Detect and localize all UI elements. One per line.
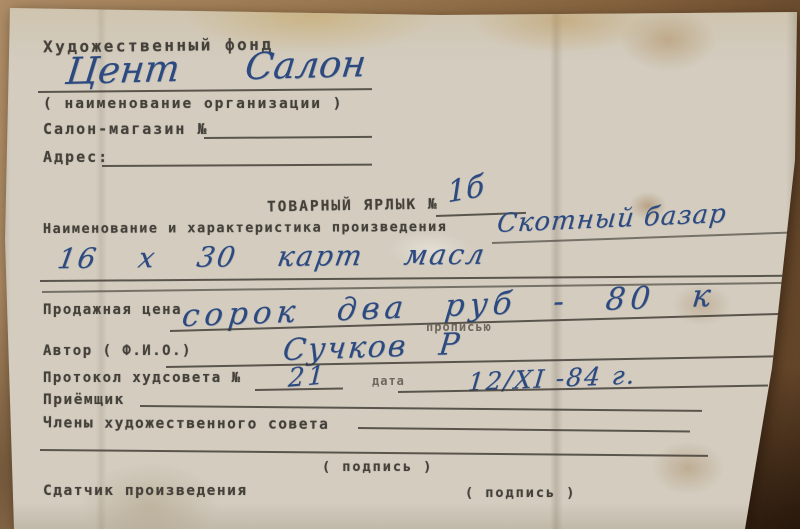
price-label: Продажная цена — [43, 302, 182, 318]
item-label: Наименование и характеристика произведен… — [43, 219, 447, 237]
item-title-handwritten: Скотный базар — [496, 199, 728, 239]
council-label: Члены художественного совета — [43, 415, 330, 432]
blank-line-salon — [204, 136, 372, 139]
blank-line-council-1 — [358, 427, 690, 432]
paper-shadow: Художественный фонд Цент Салон ( наимено… — [0, 0, 800, 529]
blank-line-council-2 — [40, 449, 708, 457]
receiver-label: Приёмщик — [43, 392, 125, 408]
org-caption: ( наименование организации ) — [43, 96, 343, 112]
date-label: дата — [372, 374, 405, 388]
signature-caption-submitter: ( подпись ) — [465, 485, 576, 501]
submitter-label: Сдатчик произведения — [43, 483, 248, 499]
signature-caption-council: ( подпись ) — [322, 459, 433, 475]
tag-number-handwritten: 1б — [447, 169, 485, 211]
goods-tag-paper: Художественный фонд Цент Салон ( наимено… — [0, 0, 800, 529]
blank-line-author — [166, 355, 792, 368]
item-details-handwritten: 16 х 30 карт масл — [55, 238, 488, 276]
tag-title: ТОВАРНЫЙ ЯРЛЫК № — [267, 197, 439, 216]
salon-shop-label: Салон-магазин № — [43, 120, 208, 138]
blank-line-receiver — [140, 405, 702, 412]
author-label: Автор ( Ф.И.О.) — [43, 343, 192, 359]
address-label: Адрес: — [43, 148, 109, 166]
photo-background: Художественный фонд Цент Салон ( наимено… — [0, 0, 800, 529]
org-name-handwritten: Цент Салон — [64, 42, 369, 93]
blank-line-address — [102, 164, 372, 167]
protocol-label: Протокол худсовета № — [43, 370, 242, 386]
